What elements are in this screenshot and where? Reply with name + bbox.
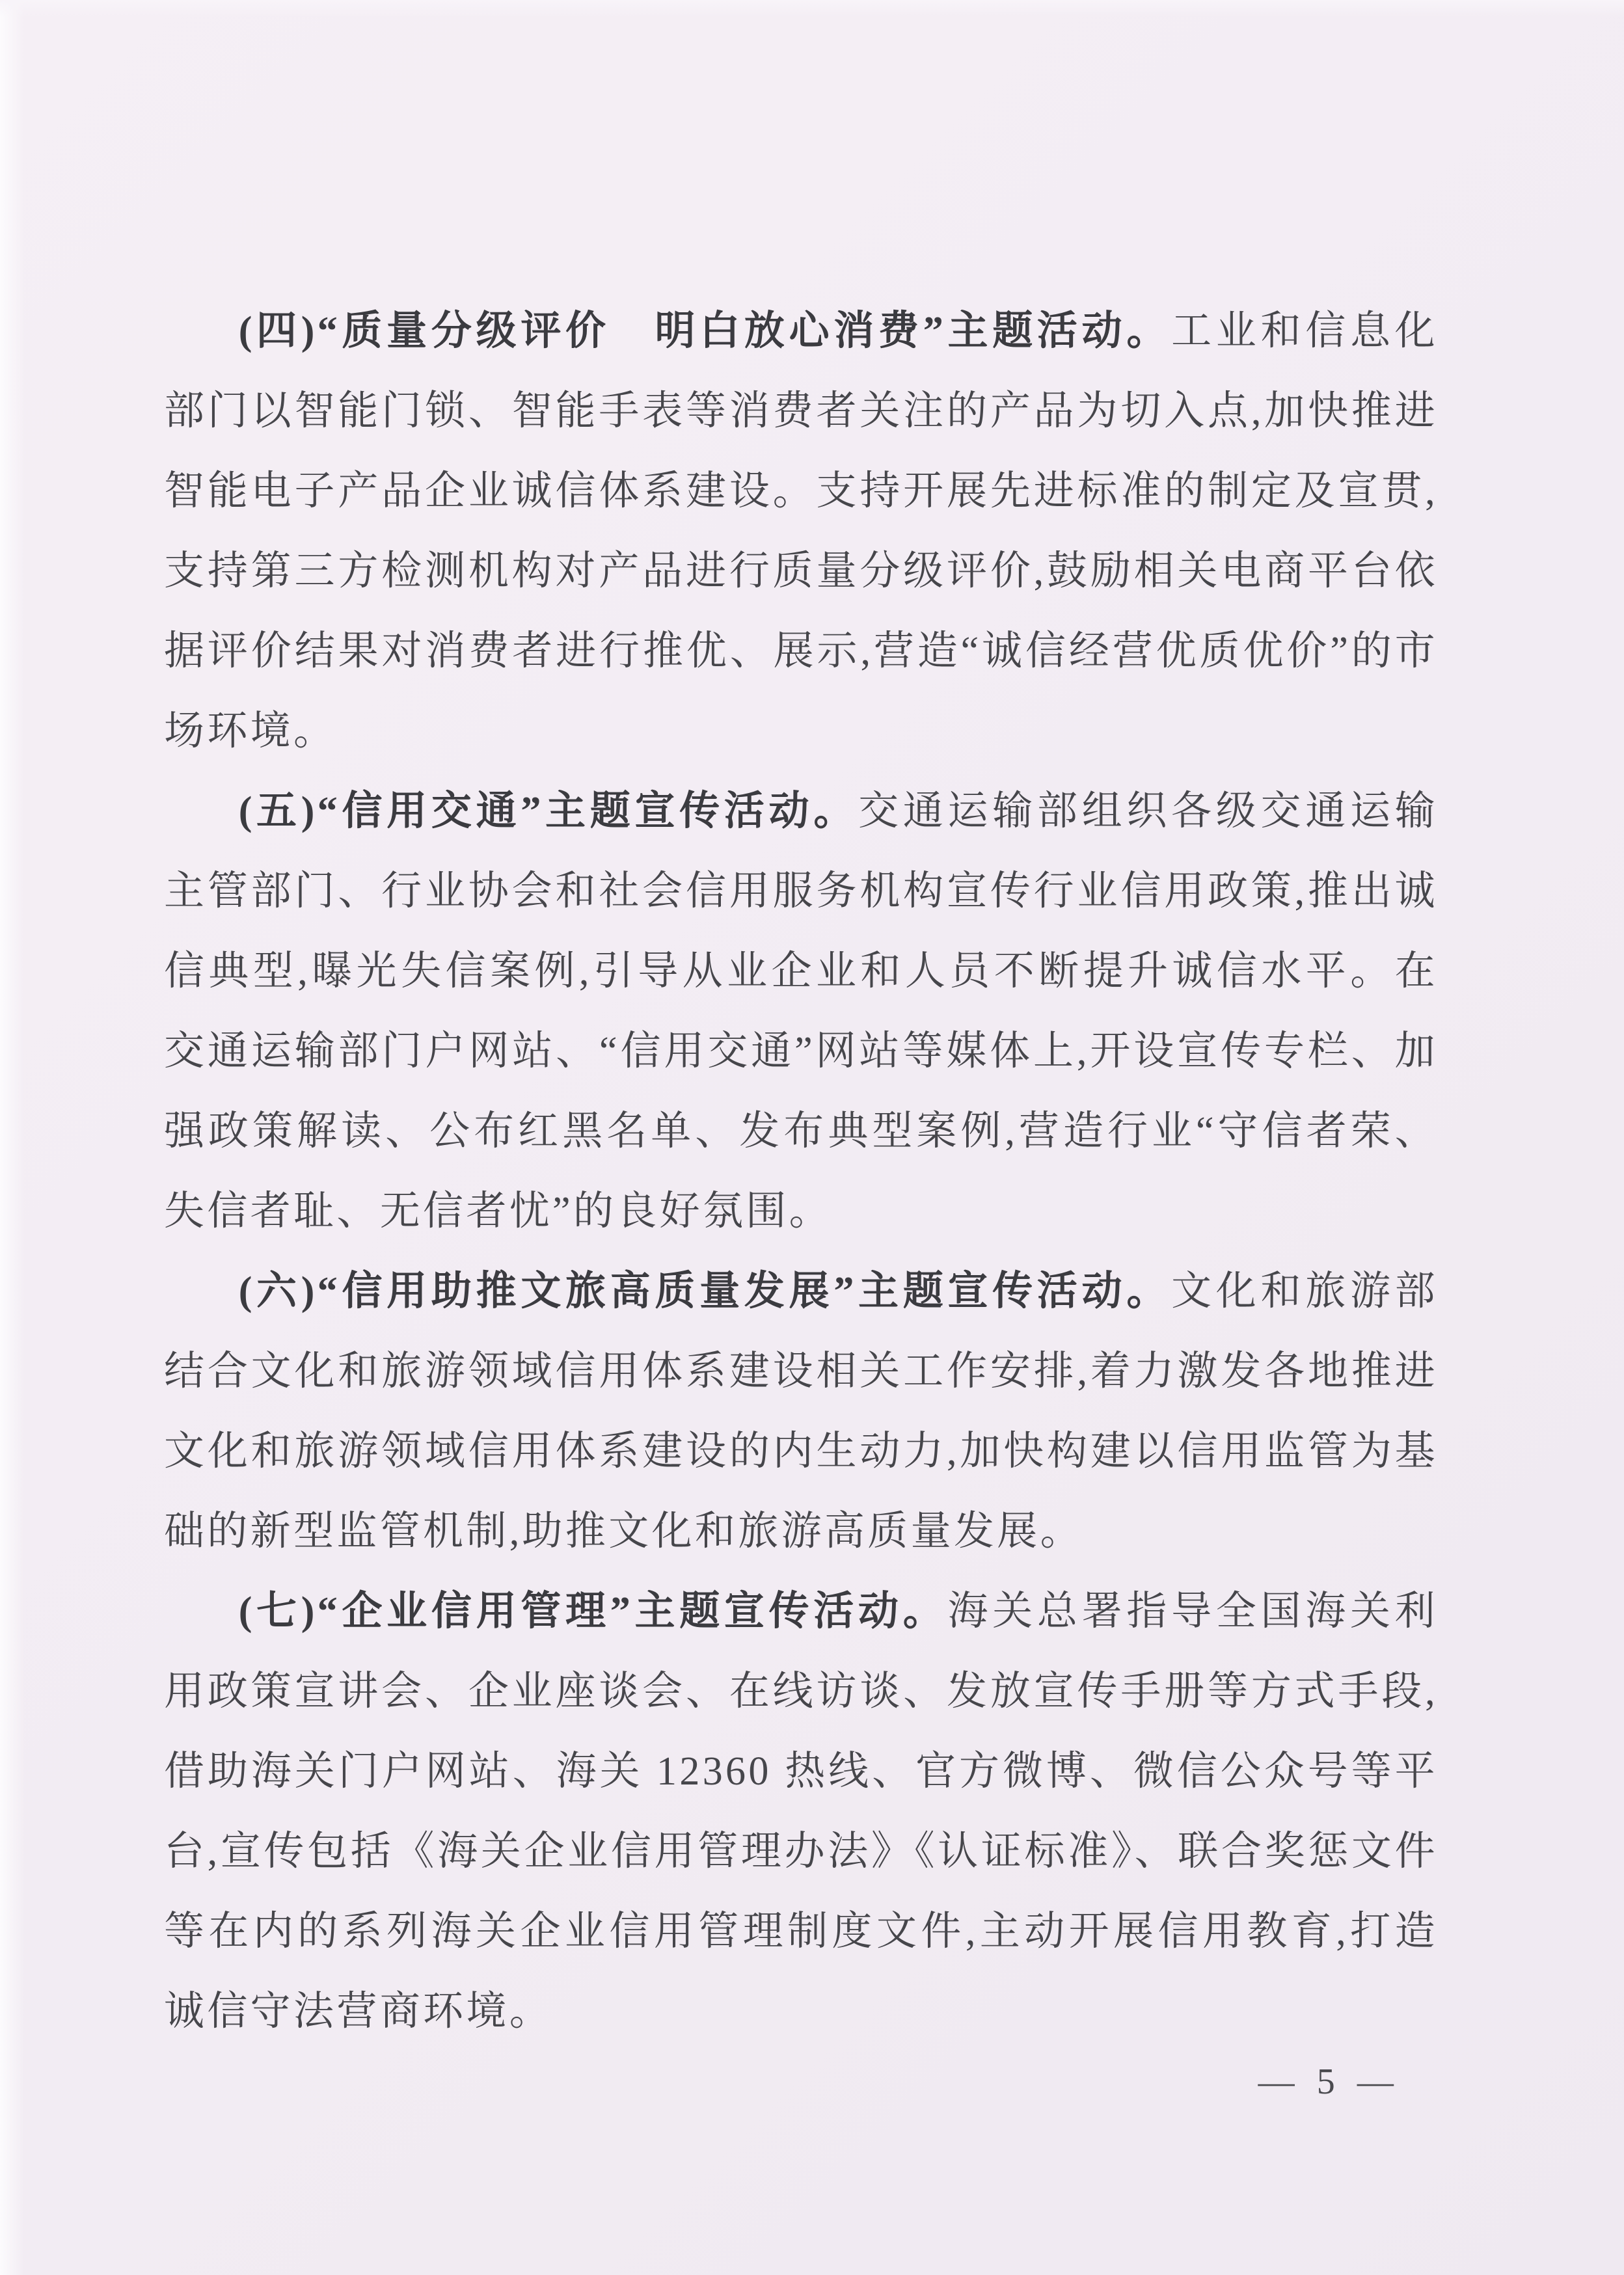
- paragraph-6-heading: (六)“信用助推文旅高质量发展”主题宣传活动。: [239, 1269, 1171, 1313]
- paragraph-4-body: 工业和信息化部门以智能门锁、智能手表等消费者关注的产品为切入点,加快推进智能电子…: [164, 309, 1438, 753]
- page-number: — 5 —: [1258, 2061, 1400, 2103]
- document-text-block: (四)“质量分级评价 明白放心消费”主题活动。工业和信息化部门以智能门锁、智能手…: [164, 291, 1438, 2052]
- paragraph-section-5: (五)“信用交通”主题宣传活动。交通运输部组织各级交通运输主管部门、行业协会和社…: [164, 772, 1438, 1252]
- paragraph-5-body: 交通运输部组织各级交通运输主管部门、行业协会和社会信用服务机构宣传行业信用政策,…: [164, 789, 1438, 1233]
- paragraph-section-4: (四)“质量分级评价 明白放心消费”主题活动。工业和信息化部门以智能门锁、智能手…: [164, 291, 1438, 772]
- paragraph-section-7: (七)“企业信用管理”主题宣传活动。海关总署指导全国海关利用政策宣讲会、企业座谈…: [164, 1572, 1438, 2052]
- scan-edge-left: [0, 0, 25, 2275]
- paragraph-7-body: 海关总署指导全国海关利用政策宣讲会、企业座谈会、在线访谈、发放宣传手册等方式手段…: [164, 1589, 1438, 2034]
- paragraph-4-heading: (四)“质量分级评价 明白放心消费”主题活动。: [239, 309, 1171, 353]
- paragraph-7-heading: (七)“企业信用管理”主题宣传活动。: [239, 1589, 948, 1634]
- paragraph-5-heading: (五)“信用交通”主题宣传活动。: [239, 789, 858, 833]
- paragraph-section-6: (六)“信用助推文旅高质量发展”主题宣传活动。文化和旅游部结合文化和旅游领域信用…: [164, 1252, 1438, 1572]
- scan-edge-top: [0, 0, 1624, 17]
- scanned-document-page: (四)“质量分级评价 明白放心消费”主题活动。工业和信息化部门以智能门锁、智能手…: [0, 0, 1624, 2275]
